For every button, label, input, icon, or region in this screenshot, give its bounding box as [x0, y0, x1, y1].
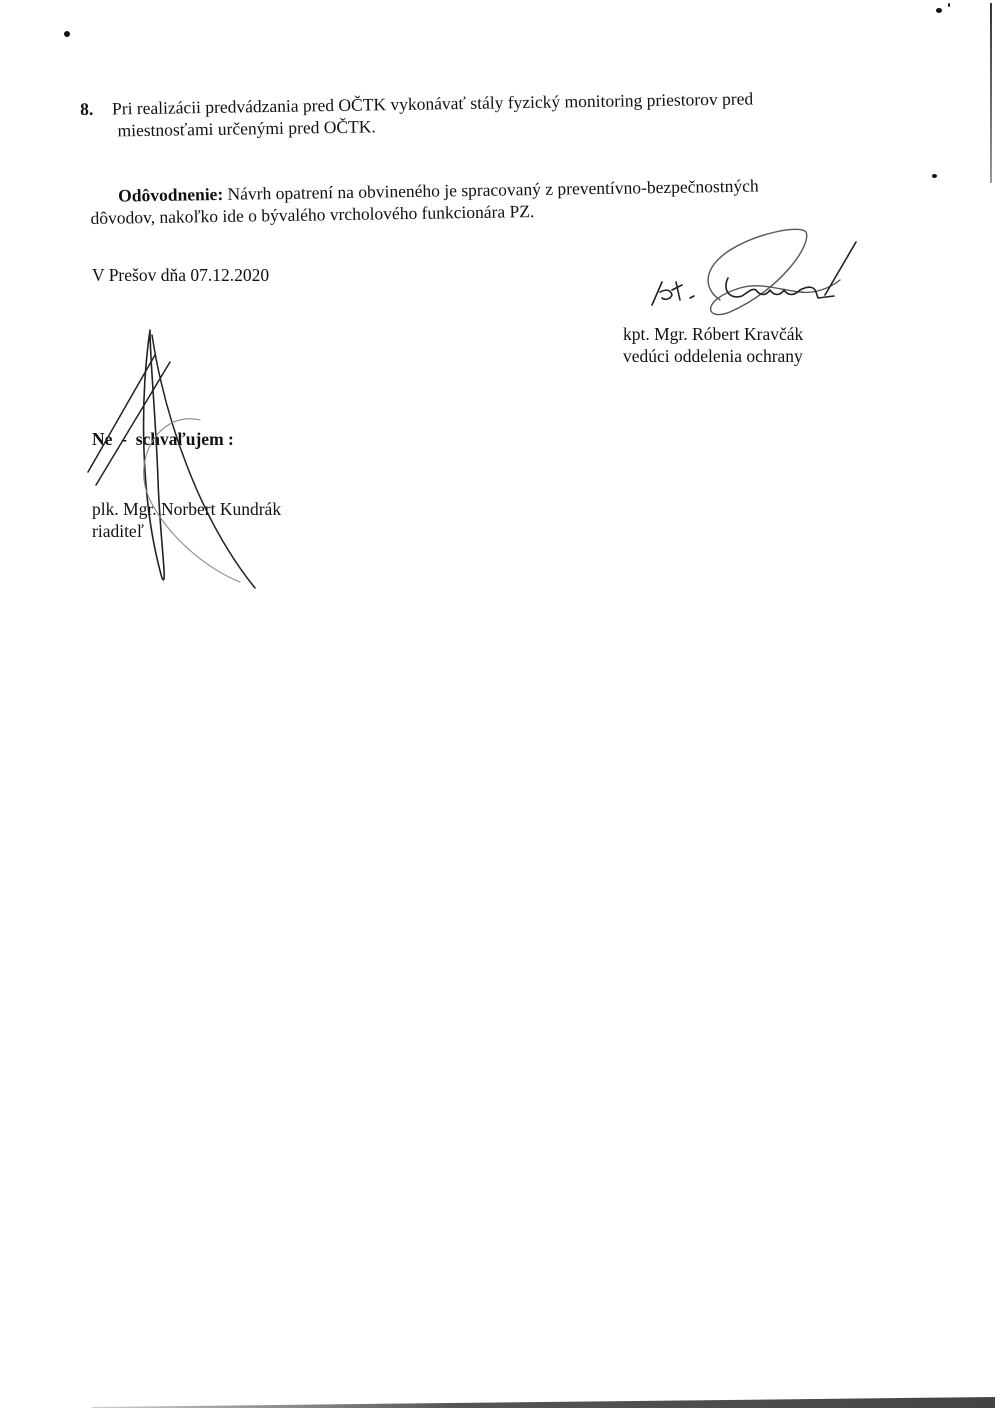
- signatory-left-title: riaditeľ: [92, 520, 281, 542]
- signatory-right-title: vedúci oddelenia ochrany: [623, 345, 803, 367]
- place-date: V Prešov dňa 07.12.2020: [92, 264, 269, 286]
- scan-mark-dot: [932, 174, 937, 178]
- scan-mark-dot: [936, 8, 942, 13]
- signature-right: [652, 282, 694, 305]
- justification: Odôvodnenie: Návrh opatrení na obvinenéh…: [90, 174, 759, 228]
- scan-mark-dot: [64, 31, 70, 37]
- scan-mark-dot: [948, 3, 950, 7]
- signatory-right-name: kpt. Mgr. Róbert Kravčák: [623, 323, 803, 345]
- item-8: 8. Pri realizácii predvádzania pred OČTK…: [80, 87, 754, 142]
- approval-label: Ne - schvaľujem :: [92, 428, 234, 450]
- signatory-left-name: plk. Mgr. Norbert Kundrák: [92, 498, 281, 520]
- item-number: 8.: [80, 99, 93, 119]
- signature-left: [144, 330, 165, 580]
- scan-edge-line: [990, 3, 992, 183]
- justification-label: Odôvodnenie:: [118, 184, 223, 206]
- signatory-left: plk. Mgr. Norbert Kundrák riaditeľ: [92, 498, 281, 542]
- signatory-right: kpt. Mgr. Róbert Kravčák vedúci oddeleni…: [623, 323, 803, 367]
